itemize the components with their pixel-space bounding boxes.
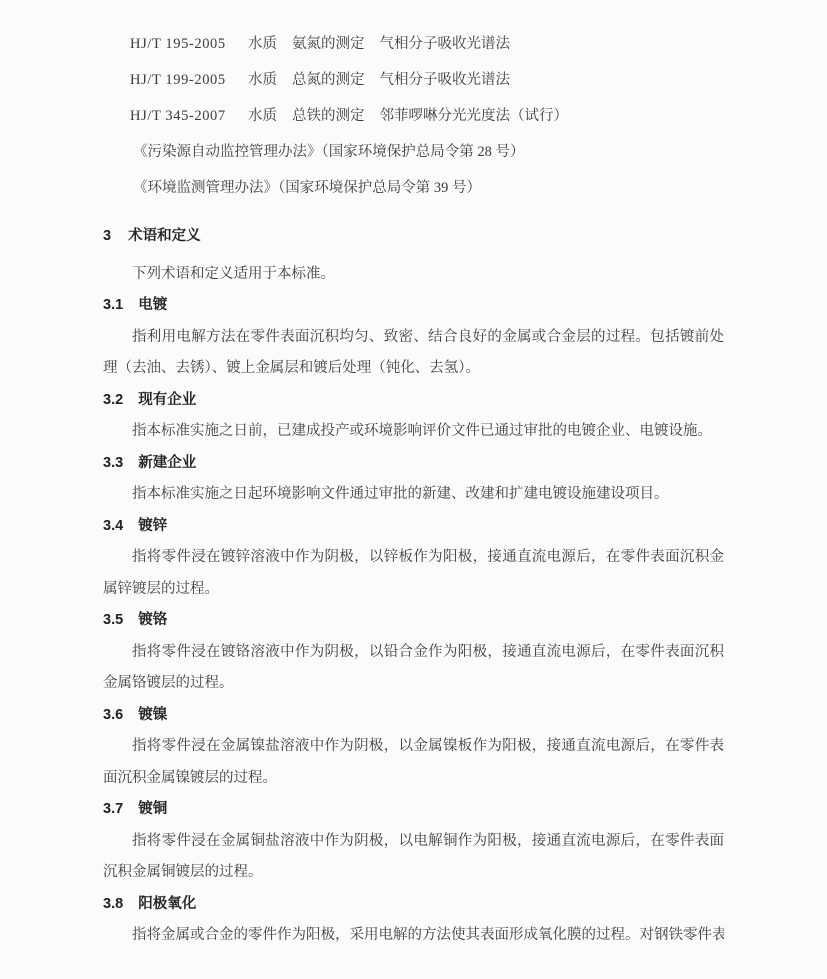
term-number: 3.1: [103, 297, 123, 313]
term-number: 3.6: [103, 707, 123, 723]
term-heading: 3.8 阳极氧化: [103, 889, 724, 921]
standard-method: 邻菲啰啉分光光度法（试行）: [380, 98, 569, 134]
term-heading: 3.1 电镀: [103, 290, 724, 322]
standard-item: 氨氮的测定: [292, 26, 365, 62]
term-number: 3.7: [103, 801, 123, 817]
term-number: 3.3: [103, 455, 123, 471]
standard-reference-row: HJ/T 345-2007 水质 总铁的测定 邻菲啰啉分光光度法（试行）: [130, 98, 724, 134]
term-heading: 3.6 镀镍: [103, 700, 724, 732]
term-block-3-6: 3.6 镀镍 指将零件浸在金属镍盐溶液中作为阴极，以金属镍板作为阳极，接通直流电…: [103, 700, 724, 795]
standard-method: 气相分子吸收光谱法: [380, 62, 511, 98]
standard-category: 水质: [248, 98, 277, 134]
term-number: 3.5: [103, 612, 123, 628]
term-number: 3.2: [103, 392, 123, 408]
standard-item: 总铁的测定: [292, 98, 365, 134]
standard-category: 水质: [248, 26, 277, 62]
term-block-3-2: 3.2 现有企业 指本标准实施之日前，已建成投产或环境影响评价文件已通过审批的电…: [103, 385, 724, 448]
term-block-3-7: 3.7 镀铜 指将零件浸在金属铜盐溶液中作为阴极，以电解铜作为阳极，接通直流电源…: [103, 794, 724, 889]
term-block-3-3: 3.3 新建企业 指本标准实施之日起环境影响文件通过审批的新建、改建和扩建电镀设…: [103, 448, 724, 511]
standard-category: 水质: [248, 62, 277, 98]
term-block-3-5: 3.5 镀铬 指将零件浸在镀铬溶液中作为阴极，以铅合金作为阳极，接通直流电源后，…: [103, 605, 724, 700]
regulation-citation: 《污染源自动监控管理办法》（国家环境保护总局令第 28 号）: [133, 134, 724, 170]
regulation-citation: 《环境监测管理办法》（国家环境保护总局令第 39 号）: [133, 170, 724, 206]
term-definition: 指将零件浸在金属铜盐溶液中作为阴极，以电解铜作为阳极，接通直流电源后，在零件表面…: [103, 826, 724, 889]
section-intro: 下列术语和定义适用于本标准。: [103, 259, 724, 291]
section-title: 术语和定义: [128, 228, 201, 244]
term-definition: 指将零件浸在金属镍盐溶液中作为阴极，以金属镍板作为阳极，接通直流电源后，在零件表…: [103, 731, 724, 794]
term-definition: 指将零件浸在镀铬溶液中作为阴极，以铅合金作为阳极，接通直流电源后，在零件表面沉积…: [103, 637, 724, 700]
term-title: 镀铜: [138, 801, 167, 817]
term-title: 镀锌: [138, 518, 167, 534]
standard-item: 总氮的测定: [292, 62, 365, 98]
standard-code: HJ/T 195-2005: [130, 26, 248, 62]
term-definition: 指将金属或合金的零件作为阳极，采用电解的方法使其表面形成氧化膜的过程。对钢铁零件…: [103, 920, 724, 952]
term-heading: 3.5 镀铬: [103, 605, 724, 637]
standard-references: HJ/T 195-2005 水质 氨氮的测定 气相分子吸收光谱法 HJ/T 19…: [130, 26, 724, 134]
term-title: 电镀: [138, 297, 167, 313]
term-definition: 指将零件浸在镀锌溶液中作为阴极，以锌板作为阳极，接通直流电源后，在零件表面沉积金…: [103, 542, 724, 605]
standard-code: HJ/T 345-2007: [130, 98, 248, 134]
standard-method: 气相分子吸收光谱法: [380, 26, 511, 62]
term-block-3-4: 3.4 镀锌 指将零件浸在镀锌溶液中作为阴极，以锌板作为阳极，接通直流电源后，在…: [103, 511, 724, 606]
document-page: HJ/T 195-2005 水质 氨氮的测定 气相分子吸收光谱法 HJ/T 19…: [0, 0, 827, 979]
term-title: 新建企业: [138, 455, 196, 471]
term-number: 3.8: [103, 896, 123, 912]
term-title: 镀铬: [138, 612, 167, 628]
term-heading: 3.4 镀锌: [103, 511, 724, 543]
section-number: 3: [103, 228, 111, 244]
term-heading: 3.3 新建企业: [103, 448, 724, 480]
standard-reference-row: HJ/T 199-2005 水质 总氮的测定 气相分子吸收光谱法: [130, 62, 724, 98]
standard-reference-row: HJ/T 195-2005 水质 氨氮的测定 气相分子吸收光谱法: [130, 26, 724, 62]
term-number: 3.4: [103, 518, 123, 534]
term-block-3-8: 3.8 阳极氧化 指将金属或合金的零件作为阳极，采用电解的方法使其表面形成氧化膜…: [103, 889, 724, 952]
term-heading: 3.2 现有企业: [103, 385, 724, 417]
regulation-citations: 《污染源自动监控管理办法》（国家环境保护总局令第 28 号） 《环境监测管理办法…: [133, 134, 724, 206]
term-block-3-1: 3.1 电镀 指利用电解方法在零件表面沉积均匀、致密、结合良好的金属或合金层的过…: [103, 290, 724, 385]
term-title: 镀镍: [138, 707, 167, 723]
term-title: 阳极氧化: [138, 896, 196, 912]
term-definition: 指本标准实施之日前，已建成投产或环境影响评价文件已通过审批的电镀企业、电镀设施。: [103, 416, 724, 448]
section-heading: 3 术语和定义: [103, 221, 724, 253]
term-definition: 指本标准实施之日起环境影响文件通过审批的新建、改建和扩建电镀设施建设项目。: [103, 479, 724, 511]
term-title: 现有企业: [138, 392, 196, 408]
standard-code: HJ/T 199-2005: [130, 62, 248, 98]
term-heading: 3.7 镀铜: [103, 794, 724, 826]
term-definition: 指利用电解方法在零件表面沉积均匀、致密、结合良好的金属或合金层的过程。包括镀前处…: [103, 322, 724, 385]
